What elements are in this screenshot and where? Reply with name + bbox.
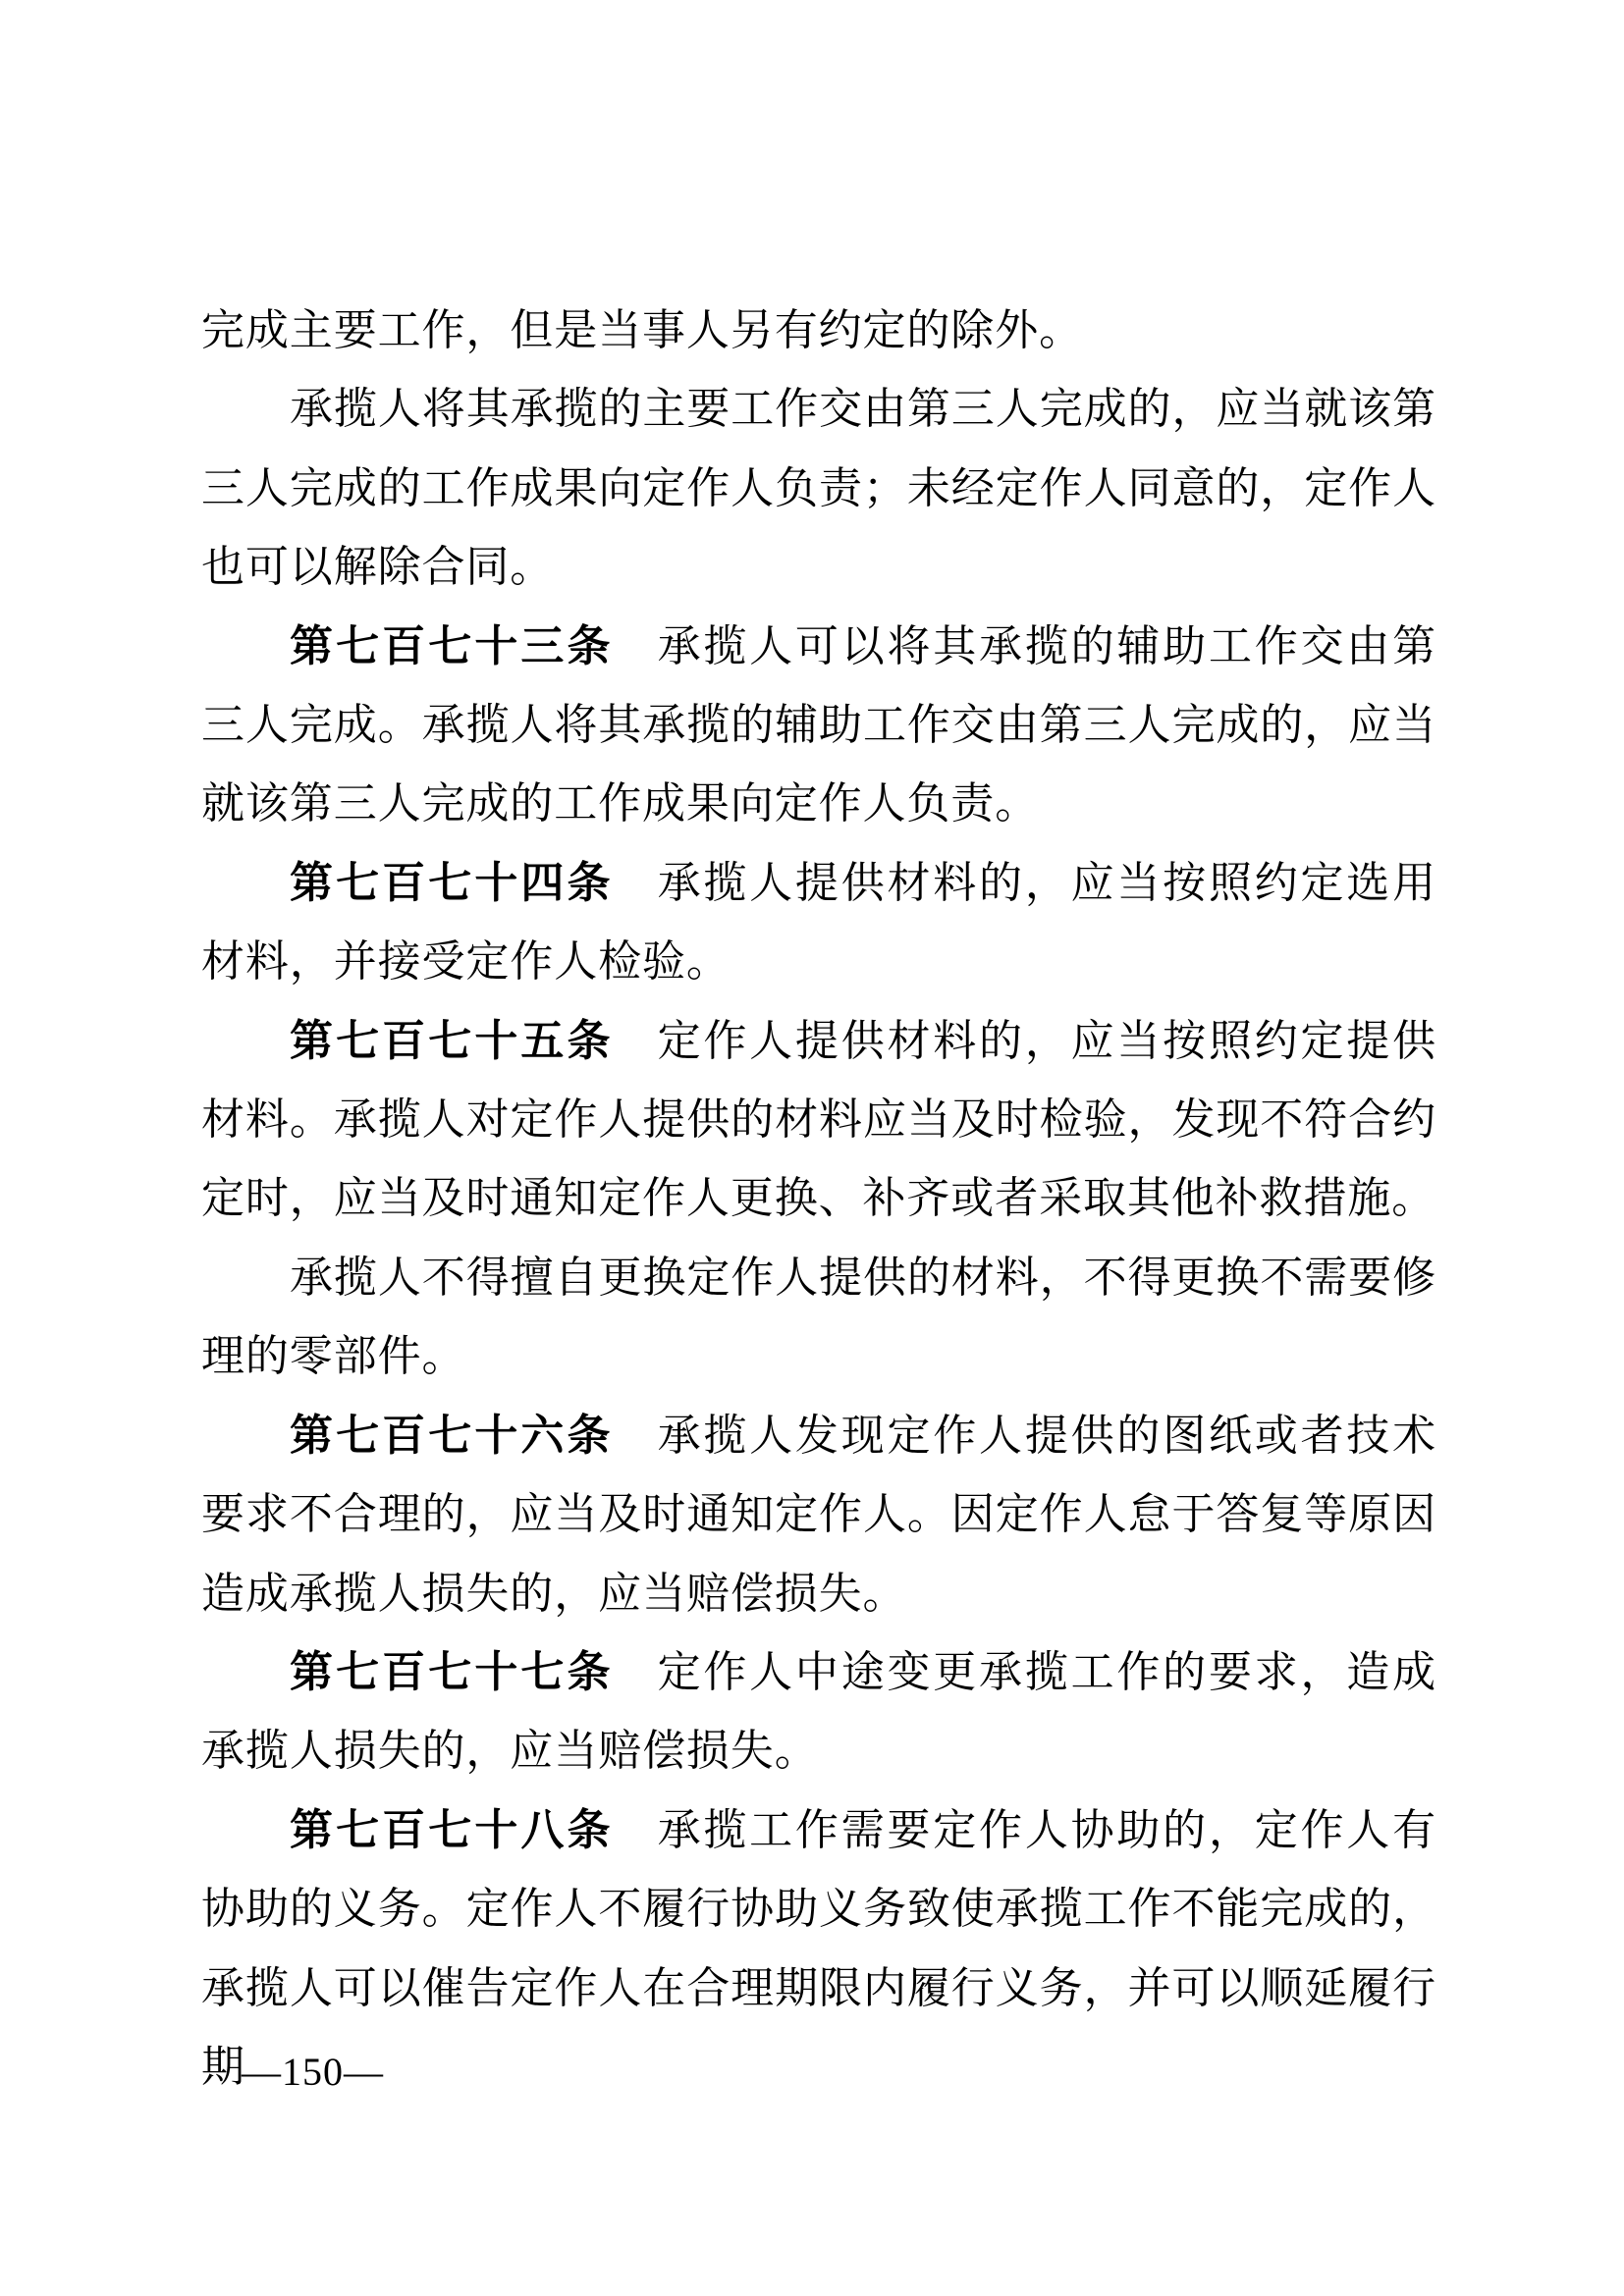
paragraph-text: 承揽人不得擅自更换定作人提供的材料，不得更换不需要修理的零部件。 (201, 1254, 1436, 1380)
paragraph-text: 承揽人将其承揽的主要工作交由第三人完成的，应当就该第三人完成的工作成果向定作人负… (201, 385, 1436, 591)
article-number-label: 第七百七十五条 (290, 1017, 614, 1065)
article-paragraph: 第七百七十五条定作人提供材料的，应当按照约定提供材料。承揽人对定作人提供的材料应… (201, 1002, 1436, 1239)
article-paragraph: 第七百七十七条定作人中途变更承揽工作的要求，造成承揽人损失的，应当赔偿损失。 (201, 1633, 1436, 1791)
article-number-label: 第七百七十三条 (290, 622, 614, 670)
body-paragraph: 完成主要工作，但是当事人另有约定的除外。 (201, 292, 1436, 370)
article-paragraph: 第七百七十三条承揽人可以将其承揽的辅助工作交由第三人完成。承揽人将其承揽的辅助工… (201, 608, 1436, 844)
body-paragraph: 承揽人不得擅自更换定作人提供的材料，不得更换不需要修理的零部件。 (201, 1239, 1436, 1397)
article-number-label: 第七百七十八条 (290, 1806, 614, 1854)
document-page: 完成主要工作，但是当事人另有约定的除外。 承揽人将其承揽的主要工作交由第三人完成… (0, 0, 1624, 2296)
article-paragraph: 第七百七十六条承揽人发现定作人提供的图纸或者技术要求不合理的，应当及时通知定作人… (201, 1397, 1436, 1633)
page-number: —150— (242, 2050, 384, 2095)
body-paragraph: 承揽人将其承揽的主要工作交由第三人完成的，应当就该第三人完成的工作成果向定作人负… (201, 370, 1436, 607)
text-block: 完成主要工作，但是当事人另有约定的除外。 承揽人将其承揽的主要工作交由第三人完成… (201, 292, 1436, 2107)
article-paragraph: 第七百七十八条承揽工作需要定作人协助的，定作人有协助的义务。定作人不履行协助义务… (201, 1791, 1436, 2108)
article-paragraph: 第七百七十四条承揽人提供材料的，应当按照约定选用材料，并接受定作人检验。 (201, 844, 1436, 1002)
article-number-label: 第七百七十六条 (290, 1412, 614, 1460)
paragraph-text: 完成主要工作，但是当事人另有约定的除外。 (201, 306, 1083, 354)
article-number-label: 第七百七十四条 (290, 859, 614, 907)
article-number-label: 第七百七十七条 (290, 1648, 614, 1696)
